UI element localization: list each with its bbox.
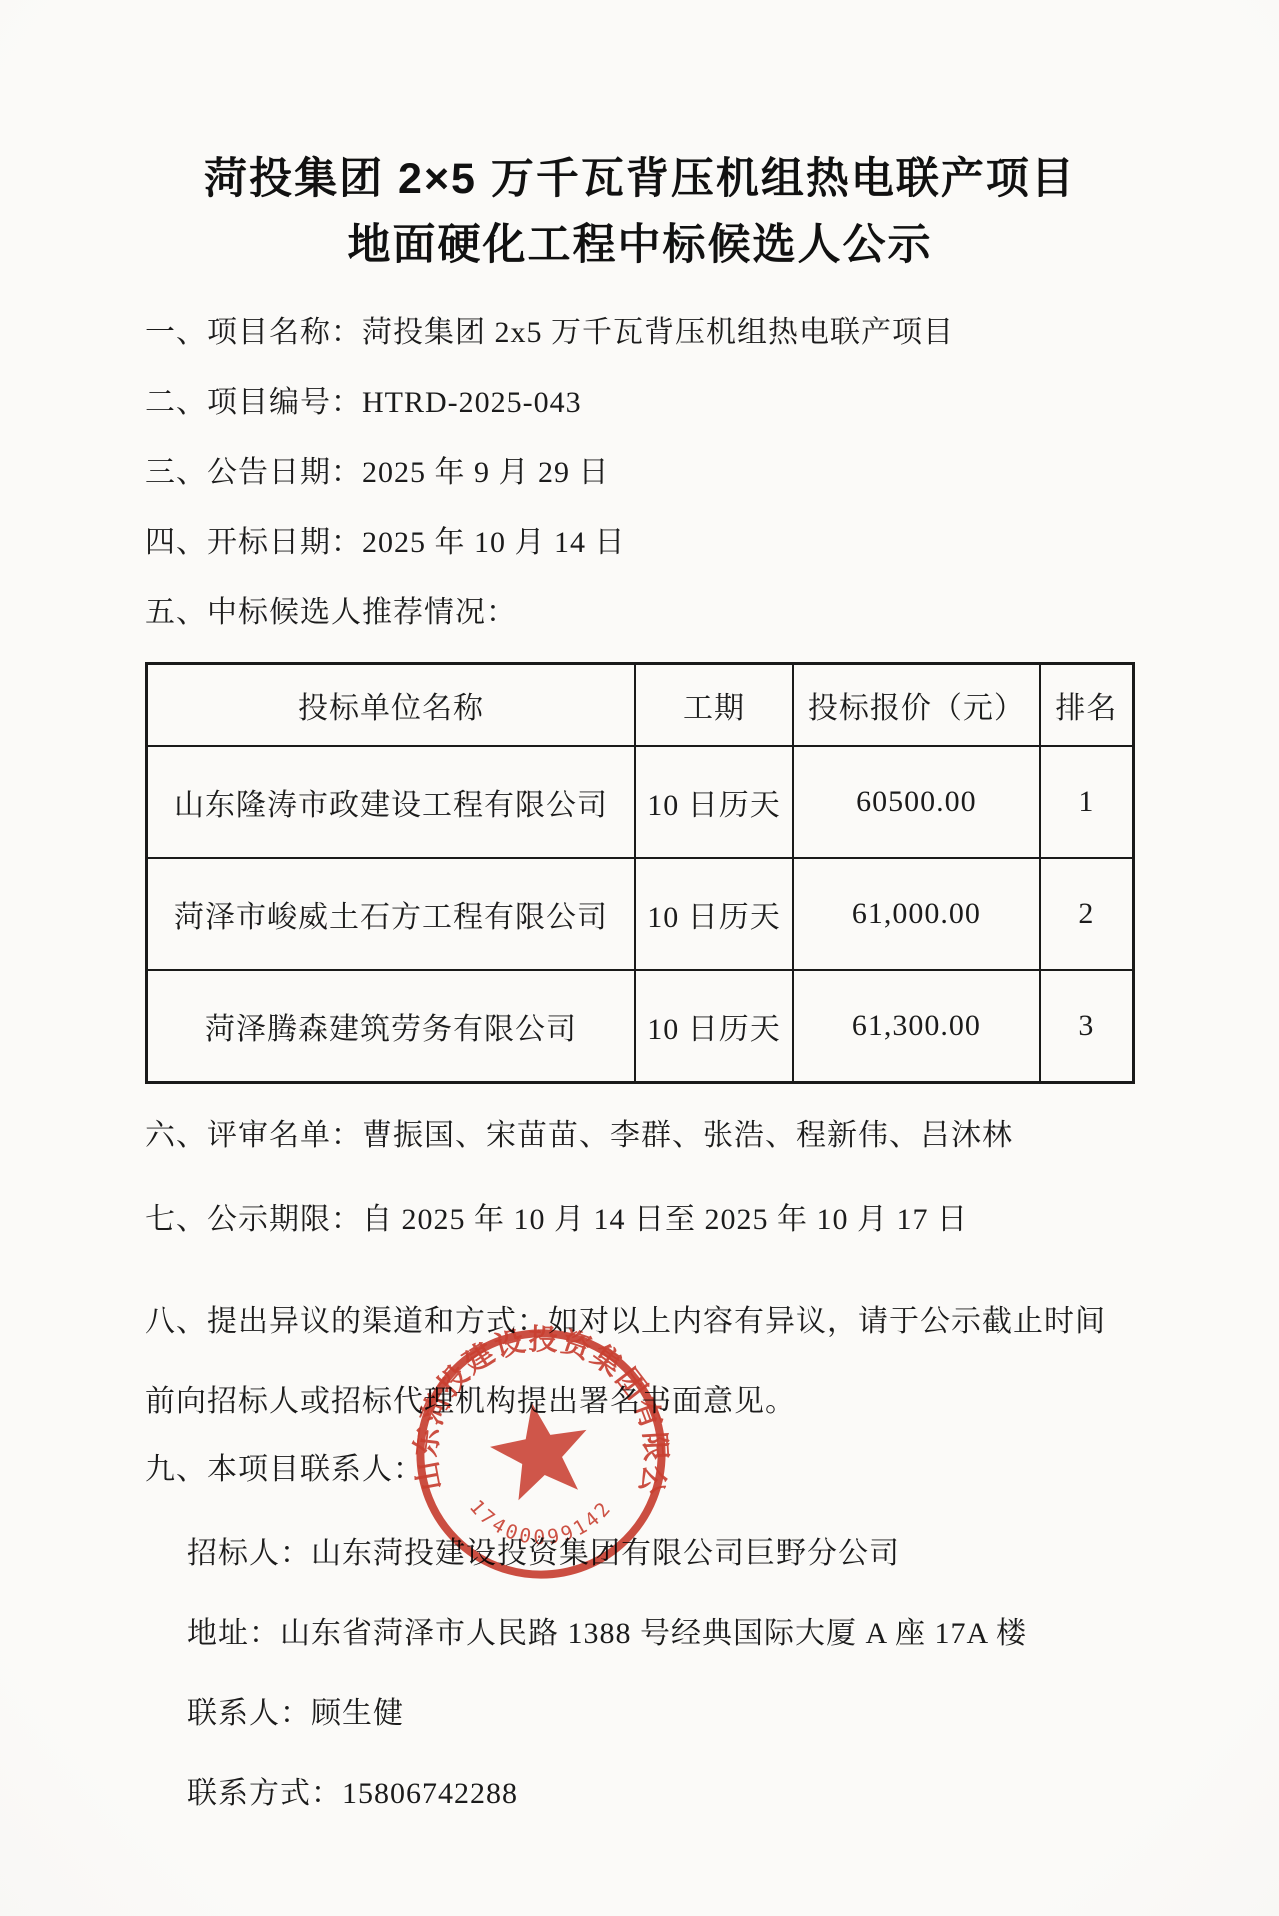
col-header-rank: 排名 [1040,664,1134,747]
clauses-bottom: 六、评审名单：曹振国、宋苗苗、李群、张浩、程新伟、吕沐林 七、公示期限：自 20… [145,1114,1135,1816]
contact-person: 联系人：顾生健 [187,1692,1135,1736]
contact-phone: 联系方式：15806742288 [187,1772,1135,1816]
cell-price: 61,300.00 [793,970,1040,1083]
title-line-2: 地面硬化工程中标候选人公示 [145,212,1135,278]
bid-candidates-table: 投标单位名称 工期 投标报价（元） 排名 山东隆涛市政建设工程有限公司 10 日… [145,662,1135,1084]
table-row: 山东隆涛市政建设工程有限公司 10 日历天 60500.00 1 [147,746,1134,858]
document-title: 菏投集团 2×5 万千瓦背压机组热电联产项目 地面硬化工程中标候选人公示 [145,146,1135,278]
cell-price: 61,000.00 [793,858,1040,970]
table-row: 菏泽腾森建筑劳务有限公司 10 日历天 61,300.00 3 [147,970,1134,1083]
clause-publicity-period: 七、公示期限：自 2025 年 10 月 14 日至 2025 年 10 月 1… [145,1198,1135,1242]
clause-review-panel: 六、评审名单：曹振国、宋苗苗、李群、张浩、程新伟、吕沐林 [145,1114,1135,1158]
title-line-1: 菏投集团 2×5 万千瓦背压机组热电联产项目 [145,146,1135,212]
cell-rank: 3 [1040,970,1134,1083]
contact-tenderer: 招标人：山东菏投建设投资集团有限公司巨野分公司 [187,1532,1135,1576]
clause-project-name: 一、项目名称：菏投集团 2x5 万千瓦背压机组热电联产项目 [145,312,1135,354]
col-header-company: 投标单位名称 [147,664,636,747]
cell-company: 山东隆涛市政建设工程有限公司 [147,746,636,858]
cell-duration: 10 日历天 [635,858,793,970]
clause-announce-date: 三、公告日期：2025 年 9 月 29 日 [145,452,1135,494]
cell-duration: 10 日历天 [635,746,793,858]
cell-duration: 10 日历天 [635,970,793,1083]
cell-price: 60500.00 [793,746,1040,858]
cell-rank: 1 [1040,746,1134,858]
clause-bid-open-date: 四、开标日期：2025 年 10 月 14 日 [145,522,1135,564]
clause-objection-channel: 八、提出异议的渠道和方式：如对以上内容有异议，请于公示截止时间前向招标人或招标代… [145,1282,1135,1442]
contact-address: 地址：山东省菏泽市人民路 1388 号经典国际大厦 A 座 17A 楼 [187,1612,1135,1656]
cell-rank: 2 [1040,858,1134,970]
clauses-top: 一、项目名称：菏投集团 2x5 万千瓦背压机组热电联产项目 二、项目编号：HTR… [145,312,1135,634]
table-row: 菏泽市峻威土石方工程有限公司 10 日历天 61,000.00 2 [147,858,1134,970]
cell-company: 菏泽市峻威土石方工程有限公司 [147,858,636,970]
col-header-price: 投标报价（元） [793,664,1040,747]
table-header-row: 投标单位名称 工期 投标报价（元） 排名 [147,664,1134,747]
contact-block: 招标人：山东菏投建设投资集团有限公司巨野分公司 地址：山东省菏泽市人民路 138… [187,1532,1135,1816]
clause-candidates-heading: 五、中标候选人推荐情况： [145,592,1135,634]
scanned-document-page: 菏投集团 2×5 万千瓦背压机组热电联产项目 地面硬化工程中标候选人公示 一、项… [0,0,1279,1916]
document-body: 菏投集团 2×5 万千瓦背压机组热电联产项目 地面硬化工程中标候选人公示 一、项… [145,146,1135,1852]
cell-company: 菏泽腾森建筑劳务有限公司 [147,970,636,1083]
col-header-duration: 工期 [635,664,793,747]
clause-contact-heading: 九、本项目联系人： [145,1448,1135,1492]
clause-project-number: 二、项目编号：HTRD-2025-043 [145,382,1135,424]
